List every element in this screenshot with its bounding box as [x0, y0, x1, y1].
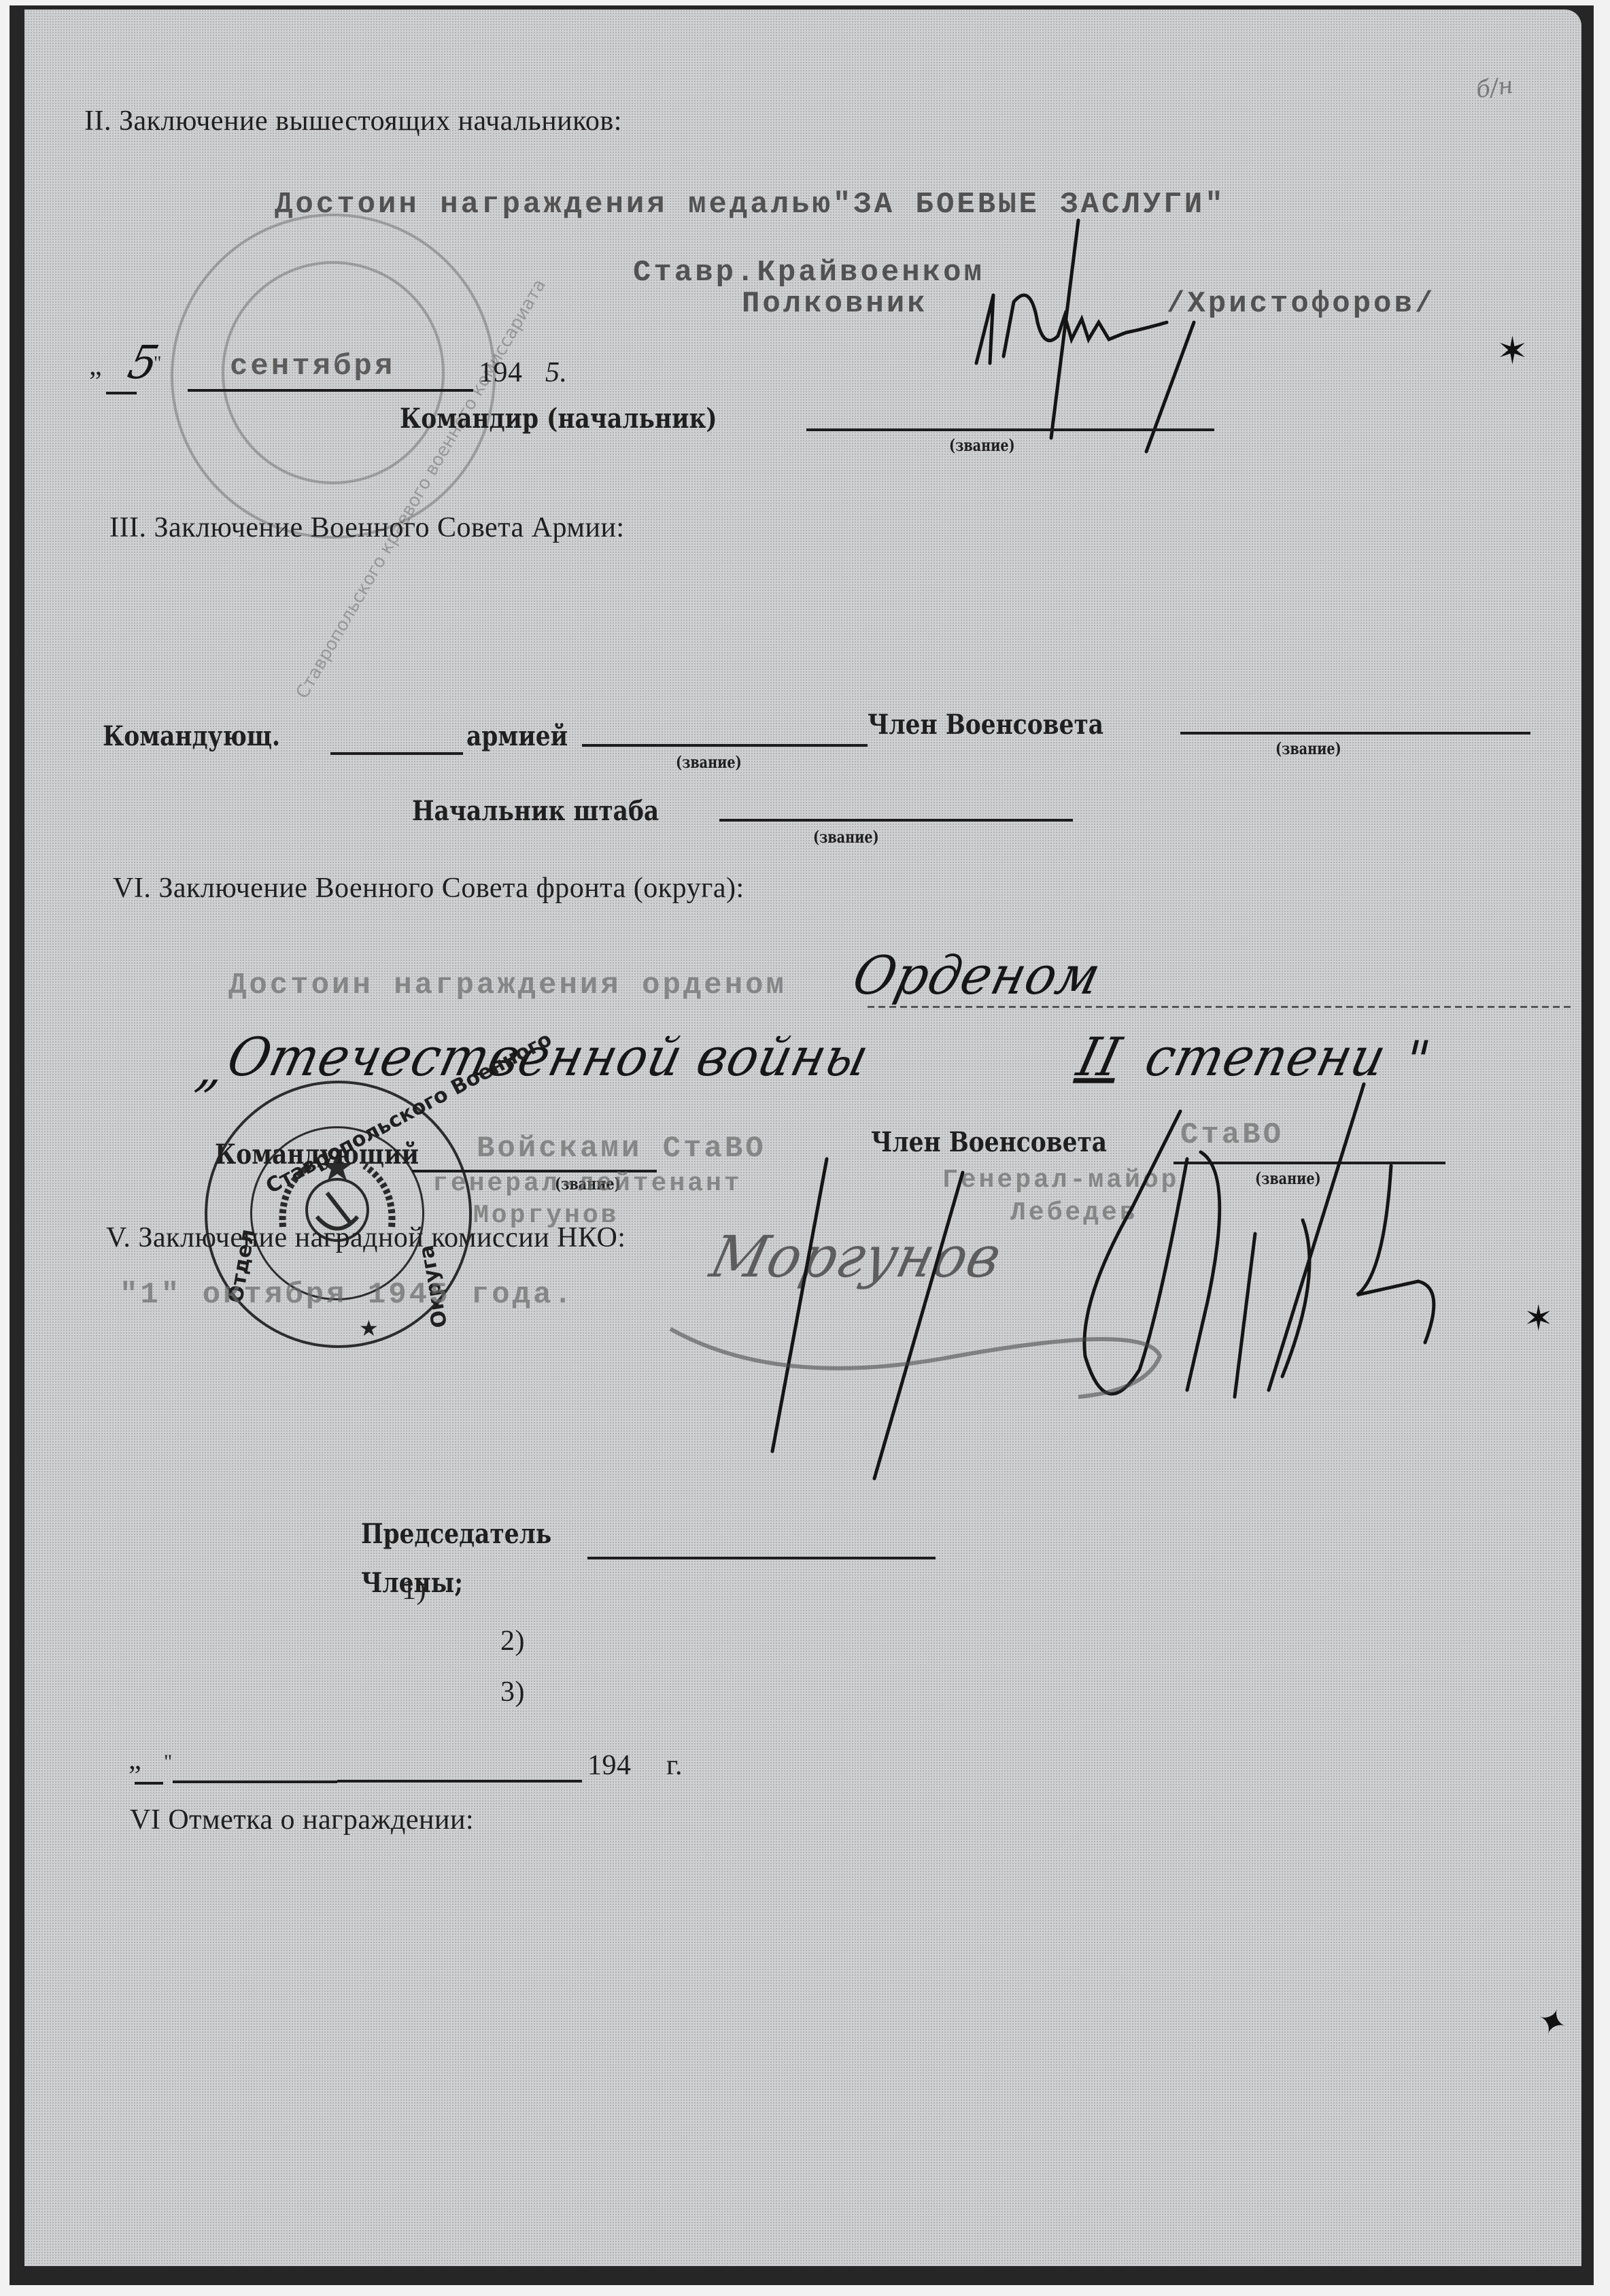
section-4-handwritten-order: Орденом [847, 945, 1107, 1007]
section-2-date-year: 194 [479, 356, 523, 389]
section-2-heading: II. Заключение вышестоящих начальников: [84, 105, 622, 137]
section-3-chief-of-staff-label: Начальник штаба [412, 795, 659, 827]
section-5-chairman-line[interactable] [587, 1557, 936, 1559]
section-2-date-close-quote: " [154, 353, 162, 375]
section-3-commanding-line[interactable] [330, 752, 463, 755]
paper-hole-mark: ✦ [1531, 1998, 1573, 2046]
section-2-typed-rank: Полковник [742, 287, 928, 321]
section-3-army-rank-caption: (звание) [676, 752, 742, 772]
section-5-date-year: 194 [587, 1749, 632, 1782]
section-5-month-line[interactable] [173, 1780, 337, 1783]
section-5-member-2: 2) [500, 1625, 525, 1657]
section-5-day-line[interactable] [135, 1782, 163, 1785]
section-3-heading: III. Заключение Военного Совета Армии: [109, 511, 625, 544]
section-2-month-line[interactable] [188, 389, 473, 392]
corner-pencil-note: б/н [1474, 71, 1515, 103]
paper-hole-mark: ✶ [1496, 329, 1528, 373]
section-5-member-3: 3) [500, 1676, 525, 1708]
section-4-typed-conclusion: Достоин награждения орденом [228, 968, 787, 1002]
section-2-typed-conclusion: Достоин награждения медалью"ЗА БОЕВЫЕ ЗА… [275, 188, 1226, 222]
section-4-right-signature [670, 1070, 1486, 1479]
section-3-army-rank-line[interactable] [582, 744, 868, 747]
section-3-council-rank-caption: (звание) [1275, 739, 1341, 758]
section-5-date-close-quote: " [164, 1751, 173, 1774]
section-2-month-value: сентября [230, 350, 395, 384]
section-3-commanding-label: Командующ. [103, 720, 280, 752]
section-5-member-1: 1) [402, 1574, 426, 1606]
section-5-date-year-unit: г. [666, 1749, 683, 1782]
award-sheet-page: б/н II. Заключение вышестоящих начальник… [24, 10, 1581, 2266]
section-5-chairman-label: Председатель [361, 1518, 551, 1550]
section-2-rank-caption: (звание) [949, 435, 1015, 455]
section-5-heading: V. Заключение наградной комиссии НКО: [106, 1221, 626, 1254]
section-3-army-label: армией [466, 720, 568, 752]
paper-hole-mark: ✶ [1524, 1298, 1554, 1339]
section-2-typed-position: Ставр.Крайвоенком [633, 256, 984, 290]
section-4-heading: VI. Заключение Военного Совета фронта (о… [113, 872, 744, 905]
section-2-date-year-suffix: 5. [545, 356, 568, 389]
section-2-day-line[interactable] [106, 392, 137, 394]
section-4-commanding-label: Командующий [215, 1138, 419, 1170]
section-2-date-open-quote: „ [89, 350, 102, 382]
section-4-typed-date: "1" октября 1945 года. [120, 1278, 575, 1312]
section-2-commander-label: Командир (начальник) [400, 403, 717, 435]
section-6-heading: VI Отметка о награждении: [130, 1804, 474, 1836]
section-5-date-open-quote: „ [129, 1744, 141, 1776]
section-3-council-rank-line[interactable] [1180, 732, 1530, 735]
section-3-chief-rank-line[interactable] [719, 819, 1073, 822]
section-4-faint-dotted-line [868, 1006, 1575, 1008]
section-5-month-line-right[interactable] [337, 1780, 582, 1783]
section-3-chief-rank-caption: (звание) [813, 827, 879, 847]
section-2-commander-rank-line[interactable] [806, 428, 1214, 431]
lower-stamp-star-icon: ★ [359, 1315, 379, 1341]
section-2-signature [963, 220, 1235, 452]
section-3-council-member-label: Член Военсовета [868, 709, 1103, 741]
